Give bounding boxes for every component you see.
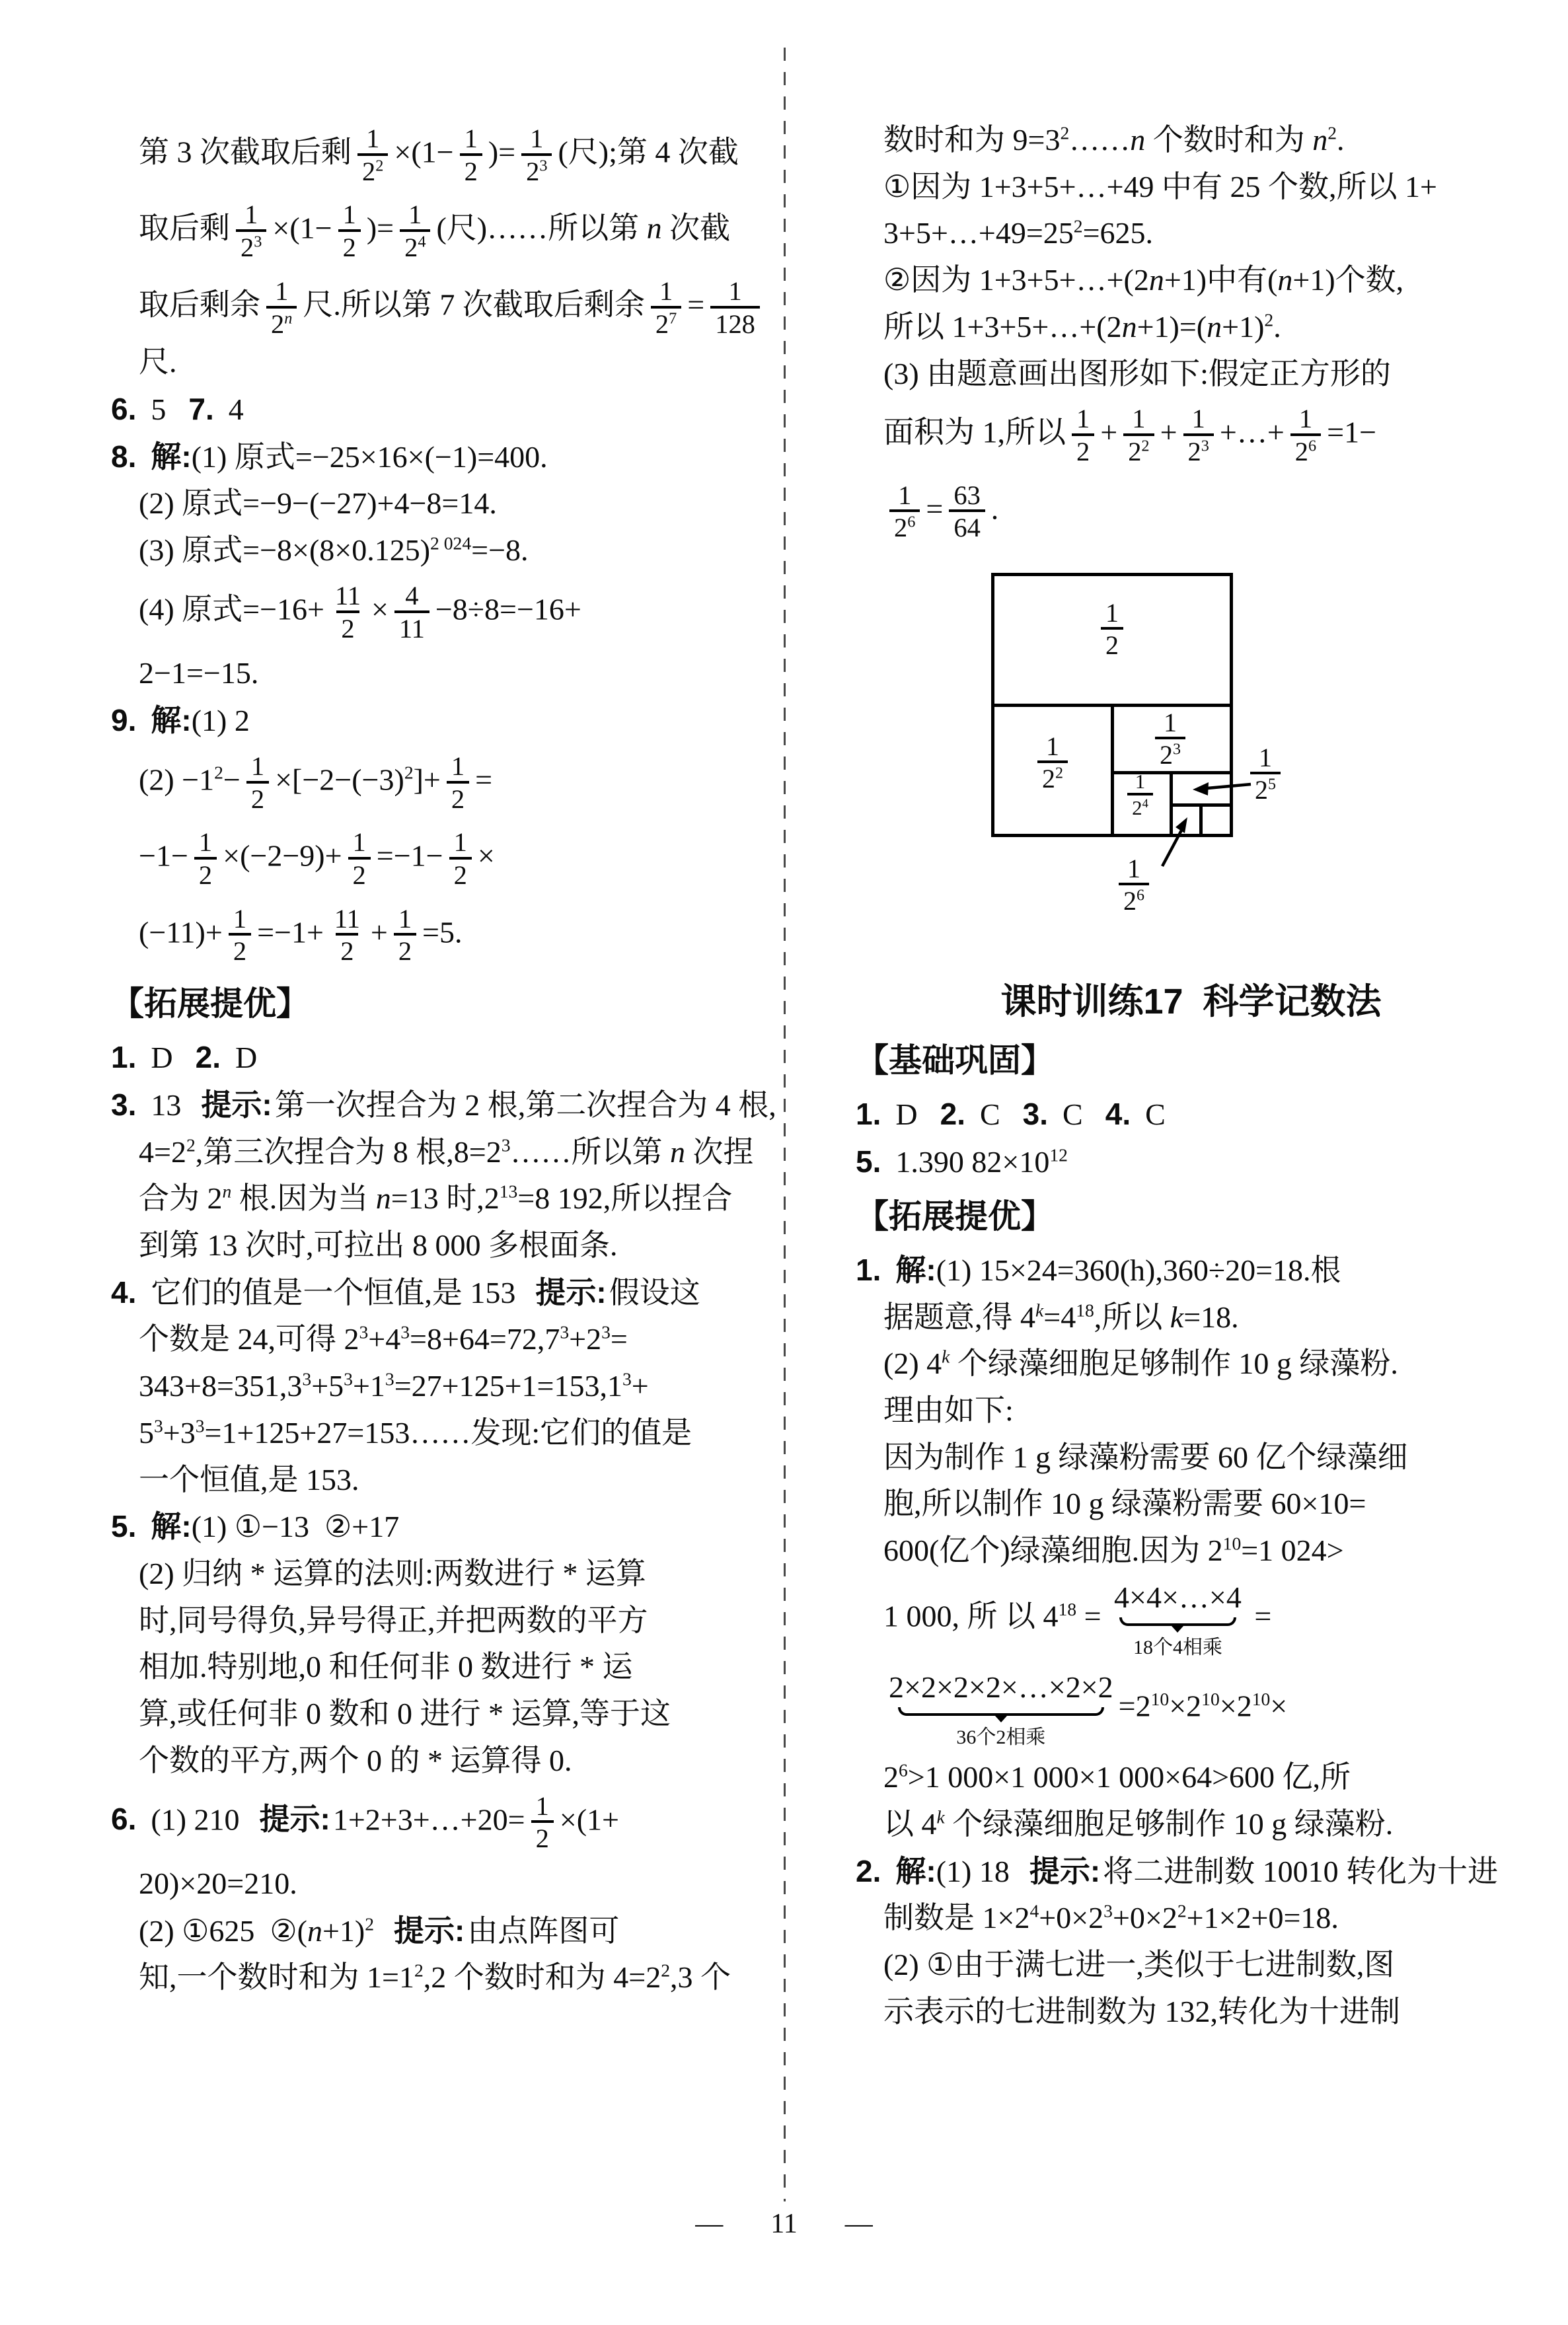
text-line: 个数是 24,可得 23+43=8+64=72,73+23= [111,1319,782,1360]
text-line: (2) 4k 个绿藻细胞足够制作 10 g 绿藻粉. [856,1344,1526,1384]
text-line: 所以 1+3+5+…+(2n+1)=(n+1)2. [856,307,1526,348]
section-header: 【基础巩固】 [856,1039,1526,1082]
page-number: 11 [770,2209,797,2239]
text-line: 1 000, 所 以 418 = 4×4×…×418个4相乘 = [856,1578,1526,1661]
text-line: 4.它们的值是一个恒值,是 153提示:假设这 [111,1273,782,1313]
text-line: 面积为 1,所以12+122+123+…+126=1− [856,400,1526,470]
text-line: 第 3 次截取后剩122×(1−12)=123(尺);第 4 次截 [111,120,782,190]
text-line: 胞,所以制作 10 g 绿藻粉需要 60×10= [856,1484,1526,1524]
text-line: (2) −12−12×[−2−(−3)2]+12= [111,748,782,817]
footer-dash: — [845,2209,873,2239]
lesson-title: 课时训练17 科学记数法 [856,978,1526,1025]
text-line: 理由如下: [856,1391,1526,1431]
text-line: 时,同号得负,异号得正,并把两数的平方 [111,1601,782,1641]
text-line: 制数是 1×24+0×23+0×22+1×2+0=18. [856,1898,1526,1938]
text-line: 2−1=−15. [111,653,782,694]
text-line: ②因为 1+3+5+…+(2n+1)中有(n+1)个数, [856,260,1526,301]
text-line: 343+8=351,33+53+13=27+125+1=153,13+ [111,1366,782,1407]
text-line: 算,或任何非 0 数和 0 进行 * 运算,等于这 [111,1694,782,1734]
arrow-to-one-thirtysecond-cell [1207,784,1251,788]
right-column: 数时和为 9=32……n 个数时和为 n2.①因为 1+3+5+…+49 中有 … [856,114,1526,2039]
text-line: 据题意,得 4k=418,所以 k=18. [856,1298,1526,1338]
text-line: 53+33=1+125+27=153……发现:它们的值是 [111,1413,782,1454]
text-line: (4) 原式=−16+112×411−8÷8=−16+ [111,577,782,647]
text-line: 126=6364. [856,477,1526,546]
text-line: 相加.特别地,0 和任何非 0 数进行 * 运 [111,1647,782,1687]
section-header: 【拓展提优】 [856,1195,1526,1238]
text-line: 知,一个数时和为 1=12,2 个数时和为 4=22,3 个 [111,1958,782,1998]
text-line: 8.解:(1) 原式=−25×16×(−1)=400. [111,437,782,478]
text-line: 合为 2n 根.因为当 n=13 时,213=8 192,所以捏合 [111,1179,782,1219]
text-line: 600(亿个)绿藻细胞.因为 210=1 024> [856,1531,1526,1571]
footer-dash: — [695,2209,723,2239]
text-line: −1−12×(−2−9)+12=−1−12× [111,824,782,893]
text-line: 4=22,第三次捏合为 8 根,8=23……所以第 n 次捏 [111,1132,782,1173]
text-line: 取后剩余12n尺.所以第 7 次截取后剩余127=1128尺. [111,273,782,383]
text-line: 3+5+…+49=252=625. [856,213,1526,254]
text-line: 26>1 000×1 000×1 000×64>600 亿,所 [856,1757,1526,1798]
text-line: (3) 原式=−8×(8×0.125)2 024=−8. [111,531,782,571]
text-line: 6.57.4 [111,389,782,430]
text-line: 5.解:(1) ①−13 ②+17 [111,1506,782,1547]
text-line: 20)×20=210. [111,1864,782,1904]
text-line: (3) 由题意画出图形如下:假定正方形的 [856,354,1526,394]
text-line: 到第 13 次时,可拉出 8 000 多根面条. [111,1226,782,1266]
text-line: 数时和为 9=32……n 个数时和为 n2. [856,120,1526,161]
page-footer: —11— [0,2208,1568,2240]
text-line: 2×2×2×2×…×2×236个2相乘=210×210×210× [856,1668,1526,1751]
text-line: 2.解:(1) 18提示:将二进制数 10010 转化为十进 [856,1851,1526,1892]
text-line: 5.1.390 82×1012 [856,1142,1526,1183]
text-line: (2) 归纳 * 运算的法则:两数进行 * 运算 [111,1554,782,1594]
text-line: (2) 原式=−9−(−27)+4−8=14. [111,484,782,524]
text-line: 个数的平方,两个 0 的 * 运算得 0. [111,1741,782,1781]
text-line: 9.解:(1) 2 [111,700,782,741]
text-line: 1.D2.C3.C4.C [856,1094,1526,1135]
left-column: 第 3 次截取后剩122×(1−12)=123(尺);第 4 次截取后剩123×… [111,114,782,2005]
arrowhead-left-icon [1193,782,1209,795]
arrowhead-up-icon [1176,817,1187,833]
text-line: 示表示的七进制数为 132,转化为十进制 [856,1992,1526,2032]
column-divider-dashed [784,48,786,2201]
unit-square-partition-figure: 12 122 123 124 125 126 [955,570,1444,960]
text-line: 一个恒值,是 153. [111,1460,782,1500]
text-line: (2) ①由于满七进一,类似于七进制数,图 [856,1945,1526,1985]
text-line: 1.解:(1) 15×24=360(h),360÷20=18.根 [856,1250,1526,1291]
text-line: 6.(1) 210提示:1+2+3+…+20=12×(1+ [111,1788,782,1857]
figure-arrows [955,570,1444,960]
section-header: 【拓展提优】 [111,982,782,1025]
arrow-to-one-sixtyfourth-cell [1162,828,1183,866]
text-line: 取后剩123×(1−12)=124(尺)……所以第 n 次截 [111,196,782,266]
text-line: (2) ①625 ②(n+1)2提示:由点阵图可 [111,1911,782,1952]
text-line: 3.13提示:第一次捏合为 2 根,第二次捏合为 4 根, [111,1085,782,1126]
workbook-answer-page: { "page": { "footer": {"left_dash": "—",… [0,0,1568,2325]
text-line: 以 4k 个绿藻细胞足够制作 10 g 绿藻粉. [856,1804,1526,1845]
text-line: ①因为 1+3+5+…+49 中有 25 个数,所以 1+ [856,167,1526,207]
text-line: (−11)+12=−1+112+12=5. [111,901,782,970]
text-line: 因为制作 1 g 绿藻粉需要 60 亿个绿藻细 [856,1438,1526,1478]
text-line: 1.D2.D [111,1037,782,1078]
